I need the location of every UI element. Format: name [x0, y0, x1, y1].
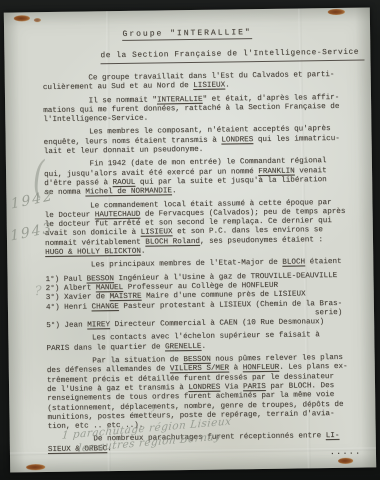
document-title: Groupe "INTERALLIE": [4, 26, 370, 40]
text-line: Les principaux membres de l'Etat-Major d…: [45, 258, 360, 272]
document-body: Ce groupe travaillait dans l'Est du Calv…: [43, 71, 364, 473]
paragraph: Fin 1942 (date de mon entrée) le Command…: [44, 157, 359, 199]
rust-stain-bottom-left: [26, 464, 45, 470]
document-subtitle-text: de la Section Française de l'Intelligenc…: [100, 49, 364, 64]
text-line: [48, 455, 363, 469]
rust-stain-top-left-small: [34, 18, 41, 22]
rust-stain-top-right: [328, 9, 345, 15]
paragraph: 1°) Paul BESSON Ingénieur à l'Usine à ga…: [45, 271, 361, 331]
paragraph: Les principaux membres de l'Etat-Major d…: [45, 258, 360, 272]
orbec-query-mark: ?: [149, 407, 155, 418]
paragraph: Il se nommait "INTERALLIE" et était, d'a…: [43, 93, 358, 125]
paragraph: [48, 455, 363, 469]
paragraph: Les contacts avec l'échelon supérieur se…: [46, 331, 361, 354]
rust-stain-top-left: [14, 15, 30, 21]
paragraph: Ce groupe travaillait dans l'Est du Calv…: [43, 71, 358, 94]
scan-frame: Groupe "INTERALLIE" de la Section França…: [0, 0, 380, 480]
margin-query-mark: ?: [35, 284, 42, 299]
document-page: Groupe "INTERALLIE" de la Section França…: [4, 7, 376, 472]
document-subtitle: de la Section Française de l'Intelligenc…: [100, 49, 364, 61]
paragraph: Le commandement local était assumé à cet…: [44, 198, 360, 258]
paragraph: Les membres le composant, n'étaient acce…: [43, 125, 358, 157]
document-title-text: Groupe "INTERALLIE": [122, 28, 251, 41]
footer-dots: .....: [330, 448, 362, 457]
